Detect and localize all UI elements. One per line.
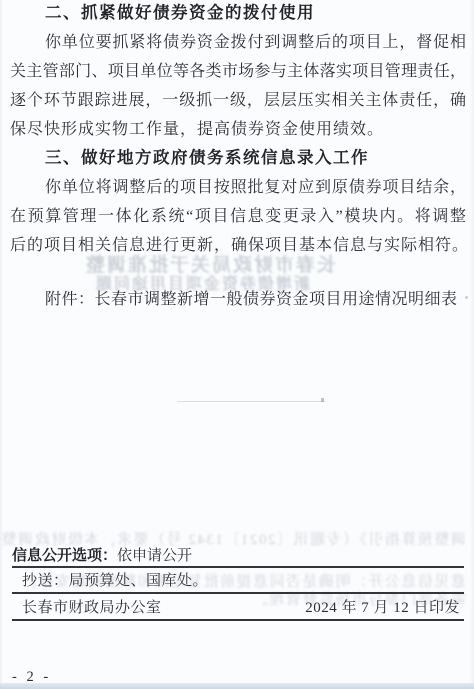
scan-edge-right xyxy=(470,0,474,689)
attachment-line: 附件：长春市调整新增一般债券资金项目用途情况明细表 xyxy=(45,289,466,310)
section-3-line: 你单位将调整后的项目按照批复对应到原债券项目结余， xyxy=(45,177,466,198)
section-2-line: 关主管部门、项目单位等各类市场参与主体落实项目管理责任， xyxy=(10,61,466,82)
footer-rule-3 xyxy=(12,619,464,621)
cc-line: 抄送：局预算处、国库处。 xyxy=(22,573,208,590)
faint-fold-line xyxy=(177,401,325,402)
disclosure-line: 信息公开选项：依申请公开 xyxy=(12,547,192,565)
disclosure-value: 依申请公开 xyxy=(117,548,192,564)
disclosure-label: 信息公开选项： xyxy=(12,547,117,564)
footer-rule-1 xyxy=(12,566,464,568)
footer-rule-2 xyxy=(12,592,464,594)
scan-edge-left xyxy=(0,0,3,689)
scan-edge-bottom xyxy=(0,683,474,689)
section-3-line: 后的项目相关信息进行更新，确保项目基本信息与实际相符。 xyxy=(10,235,466,256)
section-2-heading: 二、抓紧做好债券资金的拨付使用 xyxy=(45,3,466,24)
issuing-office: 长春市财政局办公室 xyxy=(22,600,162,617)
section-2-line: 保尽快形成实物工作量，提高债券资金使用绩效。 xyxy=(10,119,466,140)
scanned-document-page: 长春市财政局关于批准调整 新增债券资金项目用途问题 调整预算指引》（专题讯〔20… xyxy=(0,0,474,689)
ink-speck xyxy=(321,398,324,402)
section-2-line: 你单位要抓紧将债券资金拨付到调整后的项目上，督促相 xyxy=(45,32,466,53)
section-3-line: 在预算管理一体化系统“项目信息变更录入”模块内。将调整 xyxy=(10,206,466,227)
section-3-heading: 三、做好地方政府债务系统信息录入工作 xyxy=(45,148,466,169)
print-date: 2024 年 7 月 12 日印发 xyxy=(305,600,460,617)
section-2-line: 逐个环节跟踪进展，一级抓一级，层层压实相关主体责任，确 xyxy=(10,90,466,111)
bleedthrough-footer-line-1: 调整预算指引》（专题讯〔2021〕1342 号）要求，本级财政调整 xyxy=(8,528,466,549)
